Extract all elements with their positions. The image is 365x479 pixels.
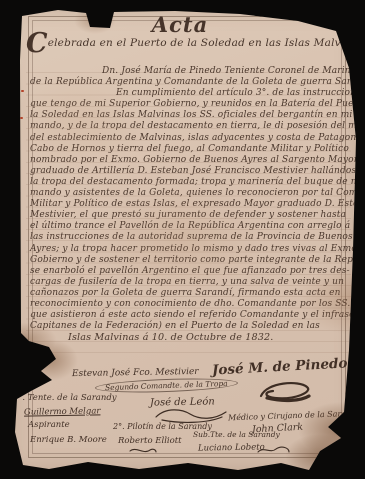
- signature-aspirante: Enrique B. Moore: [30, 435, 107, 445]
- leon-rubric-flourish: [152, 407, 230, 423]
- manuscript-line: cañonazos por la Goleta de guerra Sarand…: [30, 288, 352, 299]
- piloto-rubric-flourish: [128, 446, 158, 456]
- swash-initial: C: [26, 28, 48, 59]
- subteniente-rubric-flourish: [256, 444, 292, 456]
- manuscript-body: Dn. José María de Pinedo Teniente Corone…: [30, 66, 352, 343]
- manuscript-line: Ayres; y la tropa hacer prometido lo mis…: [30, 244, 352, 255]
- paper-sheet: Acta Celebrada en el Puerto de la Soleda…: [0, 0, 365, 479]
- document-title: Acta: [0, 12, 360, 37]
- signature-teniente: Guillermo Melgar: [24, 406, 101, 417]
- manuscript-line: Militar y Político de estas Islas, el ex…: [30, 199, 352, 210]
- subtitle-text: elebrada en el Puerto de la Soledad en l…: [48, 37, 364, 49]
- manuscript-line: Cabo de Hornos y tierra del fuego, al Co…: [30, 144, 352, 155]
- manuscript-line: Capitanes de la Federación) en el Puerto…: [30, 321, 352, 332]
- pinedo-rubric-flourish: [255, 380, 317, 402]
- manuscript-line: nombrado por el Exmo. Gobierno de Buenos…: [30, 155, 352, 166]
- red-margin-fleck: [21, 90, 24, 92]
- manuscript-line: mando y asistentes de la Goleta, quienes…: [30, 188, 352, 199]
- manuscript-line: que tengo de mi Superior Gobierno, y reu…: [30, 99, 352, 110]
- manuscript-line: del establecimiento de Malvinas, islas a…: [30, 133, 352, 144]
- manuscript-line: la tropa del destacamento formada; tropa…: [30, 177, 352, 188]
- signature-piloto: Roberto Elliott: [118, 436, 182, 446]
- signature-subteniente-title: Sub.Tte. de la Sarandy: [193, 430, 280, 439]
- manuscript-line: la Soledad en las Islas Malvinas los SS.…: [30, 110, 352, 121]
- manuscript-line: se enarboló el pavellón Argentino el que…: [30, 266, 352, 277]
- manuscript-line: cargas de fusilería de la tropa en tierr…: [30, 277, 352, 288]
- manuscript-line: de la República Argentina y Comandante d…: [30, 77, 352, 88]
- manuscript-line: las instrucciones de la autoridad suprem…: [30, 232, 352, 243]
- manuscript-line: Dn. José María de Pinedo Teniente Corone…: [30, 66, 352, 77]
- manuscript-line: el último trance el Pavellón de la Repúb…: [30, 221, 352, 232]
- signature-aspirante-title: Aspirante: [28, 420, 70, 430]
- document-subtitle: Celebrada en el Puerto de la Soledad en …: [26, 37, 356, 49]
- manuscript-line: Gobierno y de sostener el territorio com…: [30, 255, 352, 266]
- manuscript-line: graduado de Artillería D. Esteban José F…: [30, 166, 352, 177]
- manuscript-photo: Acta Celebrada en el Puerto de la Soleda…: [0, 0, 365, 479]
- red-margin-fleck: [20, 117, 23, 119]
- signature-teniente-title: V°. Tente. de la Sarandy: [12, 393, 117, 403]
- manuscript-line: Mestivier, el que prestó su juramento de…: [30, 210, 352, 221]
- manuscript-line: que asistieron á este acto siendo el ref…: [30, 310, 352, 321]
- signature-subteniente: Luciano Lobeto: [198, 442, 265, 453]
- manuscript-line: mando, y de la tropa del destacamento en…: [30, 121, 352, 132]
- manuscript-line-date: Islas Malvinas á 10. de Octubre de 1832.: [30, 332, 352, 343]
- manuscript-line: reconocimiento y con conocimiento de dho…: [30, 299, 352, 310]
- manuscript-line: En cumplimiento del artículo 3°. de las …: [30, 88, 352, 99]
